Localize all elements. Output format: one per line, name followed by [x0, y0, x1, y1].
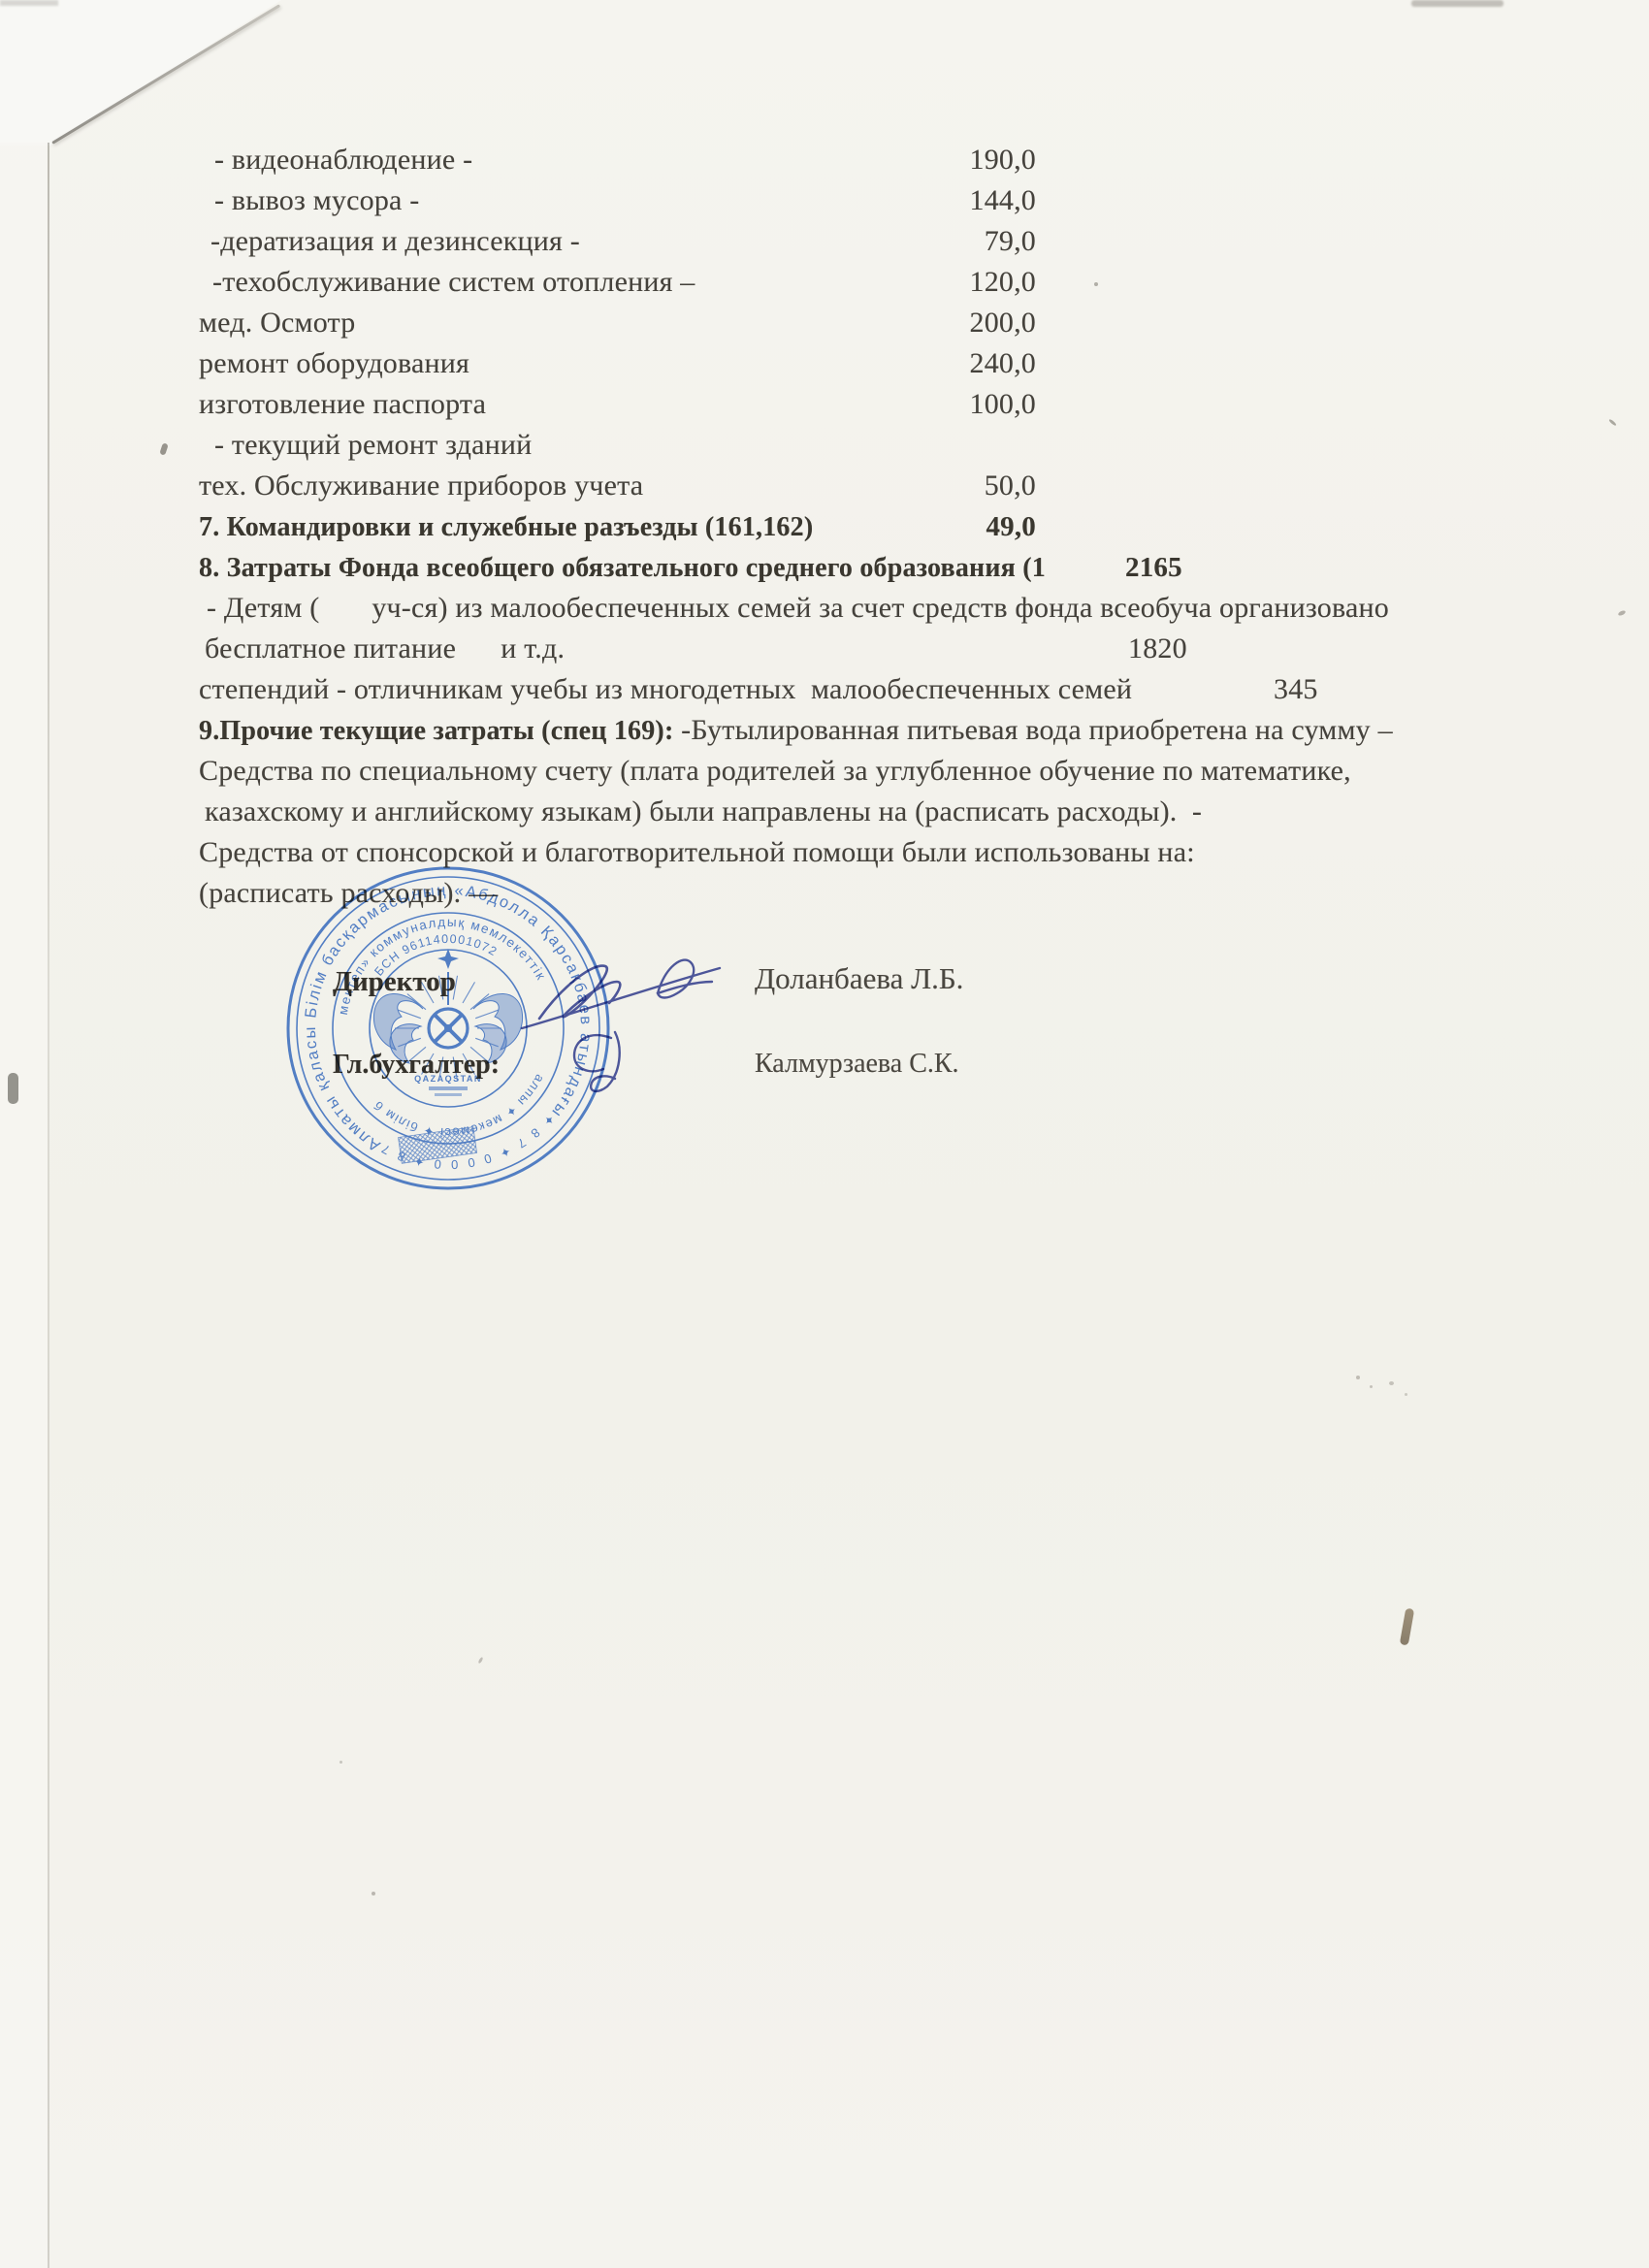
line-value: 79,0	[902, 221, 1036, 262]
document-lines: - видеонаблюдение - 190,0 - вывоз мусора…	[199, 140, 1557, 914]
scan-smudge	[0, 0, 58, 6]
scan-speck	[372, 1892, 375, 1895]
document-line: ремонт оборудования 240,0	[199, 343, 1557, 384]
scan-speck	[1356, 1376, 1360, 1379]
document-line: 7. Командировки и служебные разъезды (16…	[199, 506, 1557, 547]
document-line: изготовление паспорта 100,0	[199, 384, 1557, 425]
document-line: степендий - отличникам учебы из многодет…	[199, 669, 1557, 710]
document-line: казахскому и английскому языкам) были на…	[199, 792, 1557, 832]
document-line: мед. Осмотр 200,0	[199, 303, 1557, 343]
document-line: - текущий ремонт зданий	[199, 425, 1557, 466]
line-label: -Бутылированная питьевая вода приобретен…	[673, 714, 1392, 746]
line-label: тех. Обслуживание приборов учета	[199, 470, 643, 502]
document-line: -техобслуживание систем отопления – 120,…	[199, 262, 1557, 303]
line-value: 345	[1274, 669, 1318, 710]
scan-speck	[1608, 418, 1617, 426]
line-label: - текущий ремонт зданий	[214, 429, 532, 461]
document-line: - видеонаблюдение - 190,0	[199, 140, 1557, 180]
edge-ink-mark	[8, 1073, 18, 1104]
document-line: Средства по специальному счету (плата ро…	[199, 751, 1557, 792]
document-line: тех. Обслуживание приборов учета 50,0	[199, 466, 1557, 506]
line-label: -техобслуживание систем отопления –	[212, 266, 695, 298]
document-line: -дератизация и дезинсекция - 79,0	[199, 221, 1557, 262]
star-icon	[437, 949, 459, 969]
line-value: 50,0	[902, 466, 1036, 506]
page-left-edge-line	[48, 143, 49, 2268]
line-label: мед. Осмотр	[199, 307, 355, 339]
scan-speck	[1370, 1385, 1373, 1388]
page-left-edge	[0, 143, 48, 2268]
document-line: 9.Прочие текущие затраты (спец 169): -Бу…	[199, 710, 1557, 751]
line-label-bold: 8. Затраты Фонда всеобщего обязательного…	[199, 553, 1046, 583]
ink-blot	[1400, 1608, 1414, 1646]
line-value: 49,0	[902, 506, 1036, 547]
line-label: бесплатное питание и т.д.	[205, 632, 565, 664]
line-value: 190,0	[902, 140, 1036, 180]
line-value: 2165	[1125, 547, 1182, 588]
line-value: 100,0	[902, 384, 1036, 425]
line-value: 144,0	[902, 180, 1036, 221]
line-label: -дератизация и дезинсекция -	[210, 225, 580, 257]
accountant-name: Калмурзаева С.К.	[755, 1049, 959, 1080]
document-line: бесплатное питание и т.д. 1820	[199, 629, 1557, 669]
stamp-country-text: QAZAQSTAN	[414, 1074, 482, 1084]
scan-speck	[1389, 1381, 1394, 1385]
line-label: казахскому и английскому языкам) были на…	[205, 795, 1202, 827]
line-label: - видеонаблюдение -	[214, 144, 472, 176]
line-label-bold: 7. Командировки и служебные разъезды (16…	[199, 512, 813, 542]
shanyrak-icon	[429, 1009, 468, 1048]
line-value: 200,0	[902, 303, 1036, 343]
line-label: изготовление паспорта	[199, 388, 486, 420]
line-value: 240,0	[902, 343, 1036, 384]
line-label: - Детям ( уч-ся) из малообеспеченных сем…	[207, 592, 1389, 624]
line-label: степендий - отличникам учебы из многодет…	[199, 673, 1132, 705]
scan-speck	[159, 442, 168, 455]
director-name: Доланбаева Л.Б.	[755, 961, 963, 996]
accountant-signature	[561, 1026, 653, 1104]
line-label: ремонт оборудования	[199, 347, 469, 379]
document-line: - вывоз мусора - 144,0	[199, 180, 1557, 221]
document-line: - Детям ( уч-ся) из малообеспеченных сем…	[199, 588, 1557, 629]
scan-smudge	[1411, 0, 1503, 7]
wing-ornament-left-icon	[373, 993, 423, 1063]
scan-speck	[1618, 609, 1627, 616]
line-value: 1820	[1128, 629, 1187, 669]
scan-speck	[1094, 282, 1098, 286]
scan-speck	[339, 1761, 342, 1764]
scan-speck	[477, 1657, 483, 1665]
line-label-bold: 9.Прочие текущие затраты (спец 169):	[199, 716, 673, 746]
scanned-document-page: - видеонаблюдение - 190,0 - вывоз мусора…	[0, 0, 1649, 2268]
line-label: - вывоз мусора -	[214, 184, 419, 216]
line-value: 120,0	[902, 262, 1036, 303]
line-label: Средства по специальному счету (плата ро…	[199, 755, 1351, 787]
document-line: 8. Затраты Фонда всеобщего обязательного…	[199, 547, 1557, 588]
scan-speck	[1405, 1393, 1407, 1396]
